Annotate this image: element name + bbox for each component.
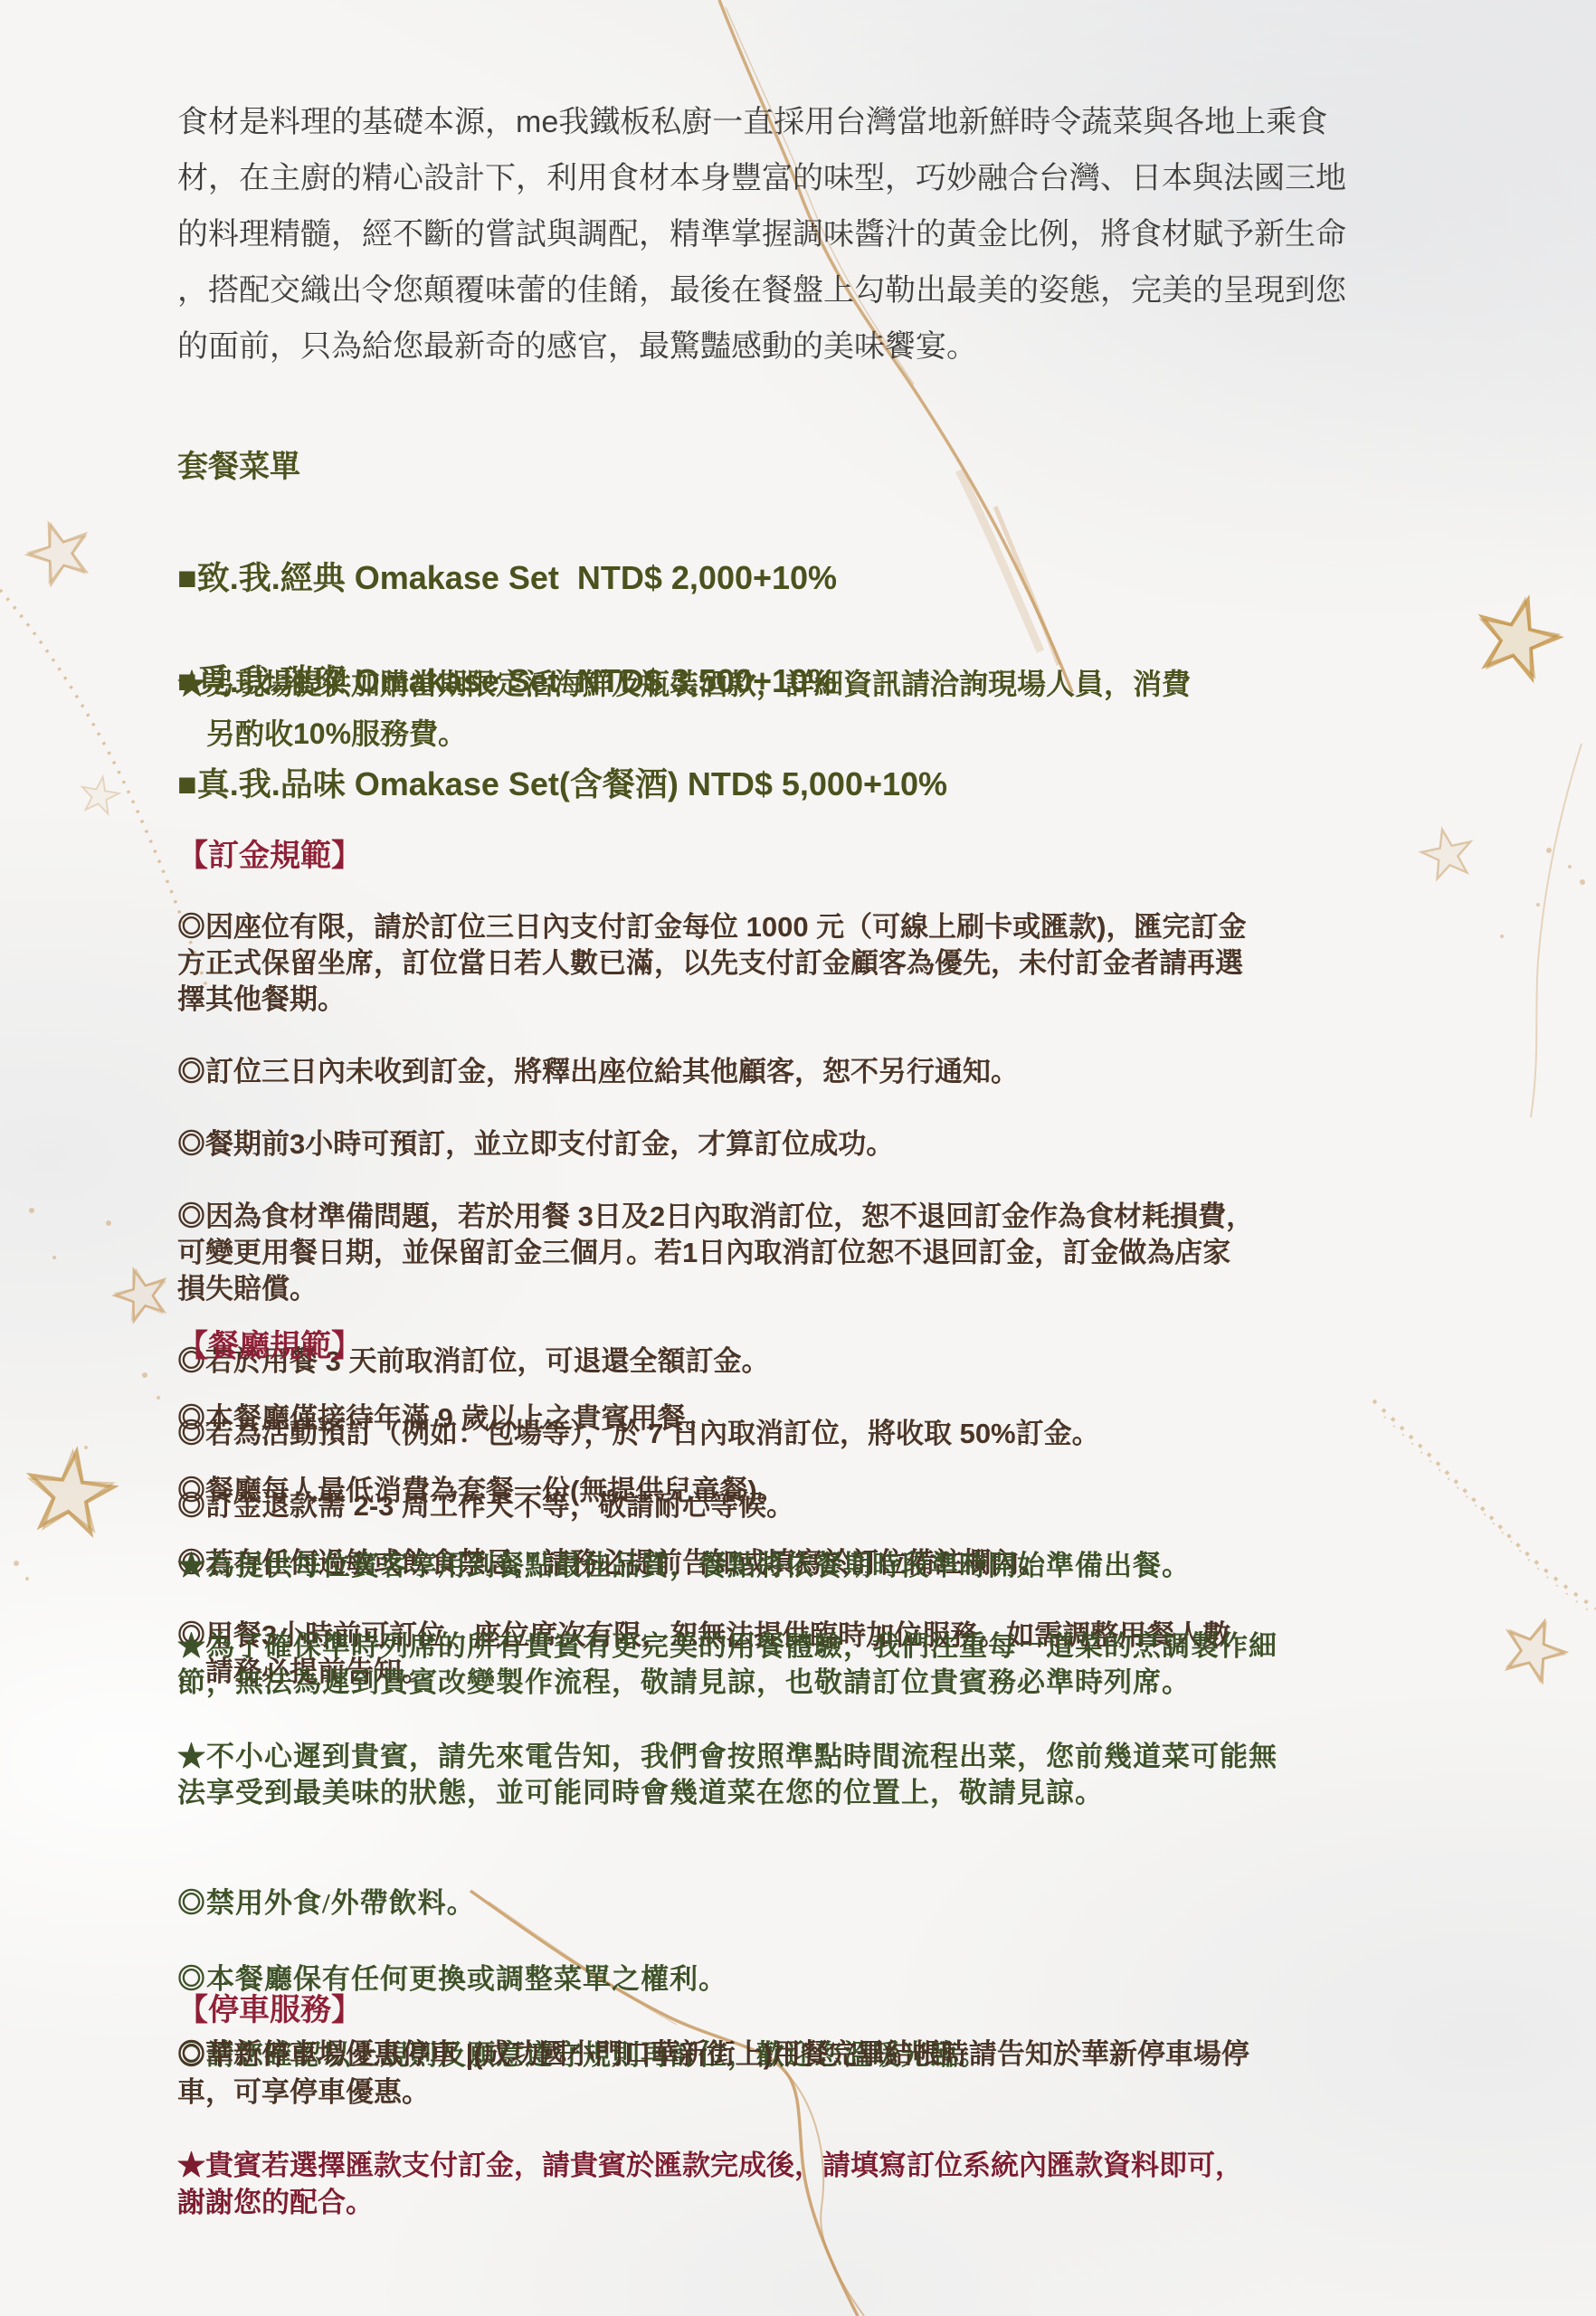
rule-item: ◎本餐廳僅接待年滿 9 歲以上之貴賓用餐。: [177, 1400, 1437, 1437]
rule-item: ◎餐期前3小時可預訂，並立即支付訂金，才算訂位成功。: [177, 1126, 1437, 1163]
deposit-section-title: 【訂金規範】: [177, 838, 1437, 874]
rule-item: ◎因為食材準備問題，若於用餐 3日及2日內取消訂位，恕不退回訂金作為食材耗損費，…: [177, 1199, 1437, 1307]
circle-note: ◎禁用外食/外帶飲料。: [177, 1884, 1437, 1922]
intro-paragraph: 食材是料理的基礎本源，me我鐵板私廚一直採用台灣當地新鮮時令蔬菜與各地上乘食 材…: [177, 94, 1437, 375]
payment-footer-note: ★貴賓若選擇匯款支付訂金，請貴賓於匯款完成後，請填寫訂位系統內匯款資料即可， 謝…: [177, 2147, 1437, 2221]
rule-item: ◎因座位有限，請於訂位三日內支付訂金每位 1000 元（可線上刷卡或匯款)，匯完…: [177, 909, 1437, 1018]
star-note: ★為了確保準時列席的所有貴賓有更完美的用餐體驗，我們注重每一道菜的烹調製作細 節…: [177, 1628, 1437, 1701]
rule-item: ◎餐廳每人最低消費為套餐一份(無提供兒童餐)。: [177, 1473, 1437, 1509]
policy-content: 食材是料理的基礎本源，me我鐵板私廚一直採用台灣當地新鮮時令蔬菜與各地上乘食 材…: [0, 0, 1596, 2316]
menu-item: ■真.我.品味 Omakase Set(含餐酒) NTD$ 5,000+10%: [177, 758, 1437, 810]
star-note: ★為提供每位賓客享用到餐點最佳品質，餐點將依餐期時段準時開始準備出餐。: [177, 1548, 1437, 1584]
menu-title: 套餐菜單: [177, 449, 1437, 485]
rule-item: ◎訂位三日內未收到訂金，將釋出座位給其他顧客，恕不另行通知。: [177, 1054, 1437, 1090]
menu-item: ■致.我.經典 Omakase Set NTD$ 2,000+10%: [177, 552, 1437, 603]
restaurant-section-title: 【餐廳規範】: [177, 1328, 1437, 1364]
parking-text: ◎華新停車場優惠停車 |(成功國小門口華新街上)用餐完畢結帳時請告知於華新停車場…: [177, 2036, 1437, 2112]
star-note: ★不小心遲到貴賓，請先來電告知，我們會按照準點時間流程出菜，您前幾道菜可能無 法…: [177, 1739, 1437, 1811]
parking-section-title: 【停車服務】: [177, 1992, 1437, 2028]
menu-note: ★另現場提供加購當期限定活海鮮及瓶裝酒款，詳細資訊請洽詢現場人員，消費 另酌收1…: [177, 660, 1437, 759]
